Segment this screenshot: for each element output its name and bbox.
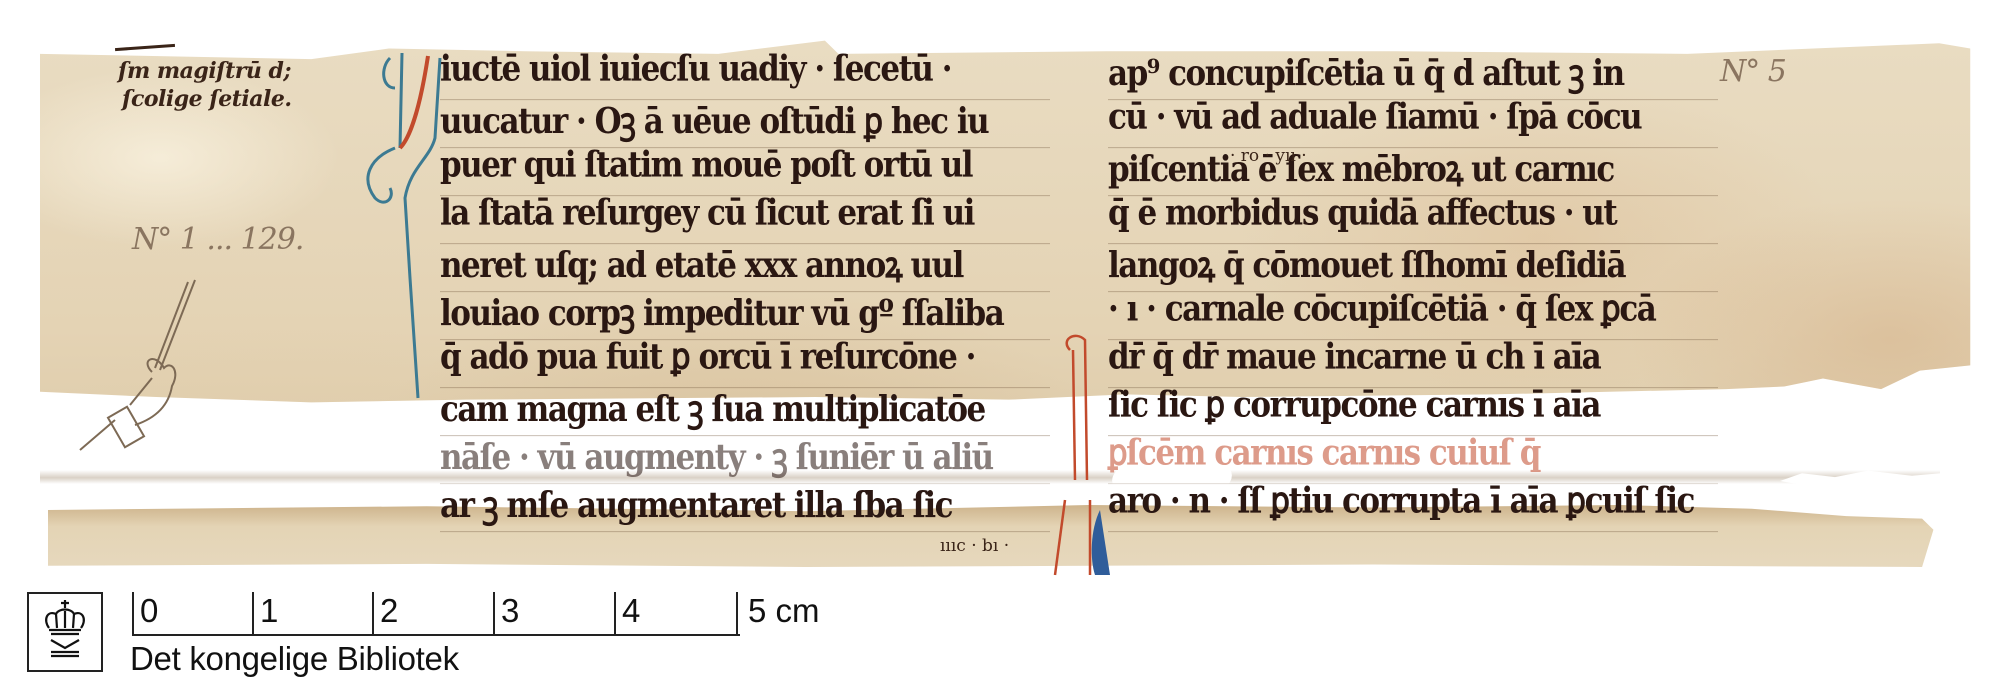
text-line: ar ꝫ mſe augmentaret illa ſba ſic <box>440 480 1040 535</box>
text-line: ſic ſic ꝑ corrupcōne carnıs ī aīa <box>1108 384 1708 439</box>
library-logo <box>27 592 103 672</box>
pen-flourish-initial-middle <box>1045 330 1115 580</box>
scale-tick <box>132 592 134 636</box>
scale-tick <box>252 592 254 636</box>
text-line: aro · n · ſſ ꝑtiu corrupta ī aīa ꝑcuiſ ſ… <box>1108 480 1708 535</box>
scale-label-3: 3 <box>501 594 519 627</box>
scale-label-5cm: 5 cm <box>748 594 820 627</box>
margin-stroke <box>115 44 175 51</box>
tear-left <box>40 488 360 506</box>
text-line: ap⁹ concupiſcētia ū q̄ d aſtut ꝫ in <box>1108 48 1708 103</box>
text-line: piſcentia ē ſex mēbroꝝ ut carnıc <box>1108 144 1708 199</box>
text-column-right: ap⁹ concupiſcētia ū q̄ d aſtut ꝫ in cū ·… <box>1108 52 1708 532</box>
text-line: uucatur · Oꝫ ā uēue oſtūdi ꝑ hec iu <box>440 96 1040 151</box>
text-line: la ſtatā reſurgey cū ſicut erat ſi ui <box>440 192 1040 247</box>
margin-gloss-line-2: ſcolige ſetiale. <box>122 86 292 112</box>
text-line: cū · vū ad aduale ſiamū · ſpā cōcu <box>1108 96 1708 151</box>
text-column-left: iuctē uiol iuiecſu uadiy · ſecetū · uuca… <box>440 52 1040 532</box>
scale-tick <box>614 592 616 636</box>
scale-tick <box>493 592 495 636</box>
scale-label-0: 0 <box>140 594 158 627</box>
text-line: q̄ adō pua fuit ꝑ orcū ī reſurcōne · <box>440 336 1040 391</box>
scale-bar: 0 1 2 3 4 <box>132 592 740 636</box>
scale-tick <box>736 592 738 636</box>
text-line: neret uſq; ad etatē xxx annoꝝ uul <box>440 240 1040 295</box>
scale-tick <box>372 592 374 636</box>
text-line: iuctē uiol iuiecſu uadiy · ſecetū · <box>440 48 1040 103</box>
text-line: puer qui ſtatim mouē poſt ortū ul <box>440 144 1040 199</box>
crown-icon <box>29 594 101 670</box>
text-line: cam magna eſt ꝫ ſua multiplicatōe <box>440 384 1040 439</box>
rubric-line: ꝑſcēm carnıs carnıs cuiuſ q̄ <box>1108 432 1708 487</box>
pen-flourish-initial-left <box>360 48 450 408</box>
bottom-note-left: ıııc · bı · <box>940 536 1009 556</box>
text-line: · ı · carnale cōcupiſcētiā · q̄ ſex ꝑcā <box>1108 288 1708 343</box>
institution-name: Det kongelige Bibliotek <box>130 642 459 675</box>
text-line: nāſe · vū augmenty · ꝫ ſuniēr ū aliū <box>440 432 1040 487</box>
text-line: louiao corpꝫ impeditur vū gº ſſaliba <box>440 288 1040 343</box>
text-line: q̄ ē morbidus quidā affectus · ut <box>1108 192 1708 247</box>
interlinear-note: · ro · yıı · <box>1230 146 1307 166</box>
scale-label-2: 2 <box>380 594 398 627</box>
scale-label-1: 1 <box>260 594 278 627</box>
scale-baseline <box>132 634 740 636</box>
margin-gloss-line-1: ſm magiſtrū d; <box>118 58 291 84</box>
text-line: dr̄ q̄ dr̄ maue incarne ū ch ī aīa <box>1108 336 1708 391</box>
text-line: langoꝝ q̄ cōmouet ſſhomī deſidiā <box>1108 240 1708 295</box>
scale-label-4: 4 <box>622 594 640 627</box>
manicule-icon <box>60 260 220 460</box>
pencil-shelfmark-left: N° 1 ... 129. <box>132 222 303 257</box>
pencil-note-top-right: N° 5 <box>1720 54 1786 89</box>
